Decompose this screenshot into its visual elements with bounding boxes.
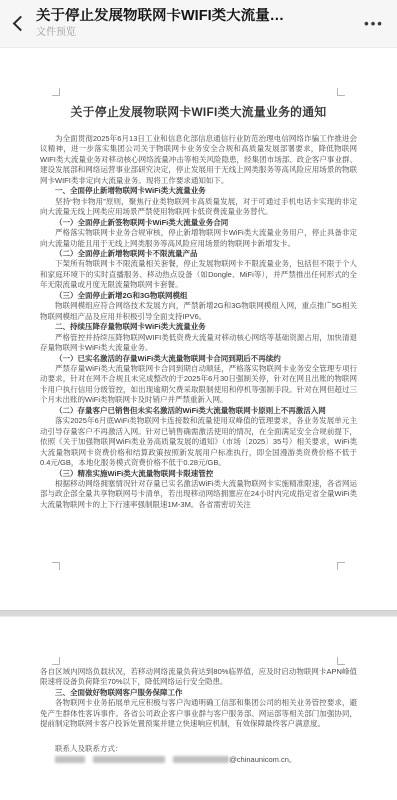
doc-paragraph: 严格落实物联网卡业务合规审核，停止新增物联网卡WiFi类大流量业务用户，停止具备… xyxy=(40,228,357,249)
contact-block: 联系人及联系方式： @chinaunicom.cn。 xyxy=(40,743,357,765)
page-corner-mark xyxy=(337,657,345,665)
doc-heading: 一、全面停止新增物联网卡WiFi类大流量业务 xyxy=(40,186,357,196)
back-chevron-icon xyxy=(13,16,29,32)
contact-label: 联系人及联系方式： xyxy=(40,743,357,754)
redacted-contact-name xyxy=(55,756,85,763)
doc-heading: （二）存量客户已销售但未实名激活的WiFi类大流量物联网卡原则上不再激活入网 xyxy=(40,406,357,416)
doc-heading: （一）已实名激活的存量WiFi类大流量物联网卡合同到期后不再续约 xyxy=(40,354,357,364)
doc-paragraph: 下架所有物联网卡不限流量相关套餐，停止发展物联网卡不限流量业务，包括但不限于个人… xyxy=(40,259,357,290)
back-button[interactable] xyxy=(0,0,36,48)
doc-paragraph: 坚持“物卡物用”原则，聚焦行业类物联网卡高质量发展，对于可通过手机电话卡实现的非… xyxy=(40,197,357,218)
doc-heading: 三、全面做好物联网客户服务保障工作 xyxy=(40,688,357,698)
doc-paragraph: 各自区域内网络负载状况，若移动网络流量负荷达到80%临界值，应及时启动物联网卡A… xyxy=(40,667,357,688)
doc-heading: （三）精准实施WiFi类大流量物联网卡限速管控 xyxy=(40,469,357,479)
doc-paragraph: 严格管控并持续压降物联网WIFI类低资费大流量对移动核心网络等基础资源占用，加快… xyxy=(40,333,357,354)
contact-line: @chinaunicom.cn。 xyxy=(40,754,357,765)
doc-heading: （一）全面停止新签物联网卡WiFi类大流量业务合同 xyxy=(40,218,357,228)
header-subtitle: 文件预览 xyxy=(36,27,351,39)
doc-paragraph: 各物联网卡业务拓展单元应积极与客户沟通明确工信部和集团公司的相关业务管控要求，避… xyxy=(40,698,357,729)
more-icon: ••• xyxy=(364,17,384,30)
doc-paragraph: 落实2025年6月底WiFi类物联网卡连接数和流量使用双峰值的管理要求，各业务发… xyxy=(40,416,357,468)
document-page-1: 关于停止发展物联网卡WIFI类大流量业务的通知 为全面贯彻2025年6月13日工… xyxy=(0,48,397,610)
page-corner-mark xyxy=(337,88,345,96)
page-separator xyxy=(0,610,397,617)
page-corner-mark xyxy=(52,562,60,570)
top-bar: 关于停止发展物联网卡WIFI类大流量… 文件预览 ••• xyxy=(0,0,397,48)
document-preview[interactable]: 关于停止发展物联网卡WIFI类大流量业务的通知 为全面贯彻2025年6月13日工… xyxy=(0,48,397,800)
more-button[interactable]: ••• xyxy=(351,0,397,48)
document-page-2: 各自区域内网络负载状况，若移动网络流量负荷达到80%临界值，应及时启动物联网卡A… xyxy=(0,617,397,800)
page-corner-mark xyxy=(337,562,345,570)
page1-body: 为全面贯彻2025年6月13日工业和信息化部信息通信行业防范治理电信网络诈骗工作… xyxy=(40,134,357,510)
page-corner-mark xyxy=(52,657,60,665)
header-titles: 关于停止发展物联网卡WIFI类大流量… 文件预览 xyxy=(36,8,351,38)
doc-heading: 二、持续压降存量物联网卡WiFi类大流量业务 xyxy=(40,322,357,332)
page2-body: 各自区域内网络负载状况，若移动网络流量负荷达到80%临界值，应及时启动物联网卡A… xyxy=(40,667,357,730)
document-title: 关于停止发展物联网卡WIFI类大流量业务的通知 xyxy=(40,103,357,120)
doc-paragraph: 根据移动网络拥塞情况针对存量已实名激活WiFi类大流量物联网卡实施精准限速，各省… xyxy=(40,479,357,510)
doc-paragraph: 物联网模组应符合网络技术发展方向，严禁新增2G和3G物联网模组入网，重点推广5G… xyxy=(40,301,357,322)
redacted-contact-email-user xyxy=(173,756,229,763)
file-preview-screen: 关于停止发展物联网卡WIFI类大流量… 文件预览 ••• 关于停止发展物联网卡W… xyxy=(0,0,397,800)
page-corner-mark xyxy=(52,88,60,96)
header-title: 关于停止发展物联网卡WIFI类大流量… xyxy=(36,8,351,25)
contact-email-domain: @chinaunicom.cn。 xyxy=(229,755,296,764)
redacted-contact-phone xyxy=(93,756,165,763)
doc-paragraph: 严禁存量WiFi类大流量物联网卡合同到期自动顺延，严格落实物联网卡业务安全管理专… xyxy=(40,364,357,406)
doc-heading: （三）全面停止新增2G和3G物联网模组 xyxy=(40,291,357,301)
doc-paragraph: 为全面贯彻2025年6月13日工业和信息化部信息通信行业防范治理电信网络诈骗工作… xyxy=(40,134,357,186)
doc-heading: （二）全面停止新增物联网卡不限流量产品 xyxy=(40,249,357,259)
